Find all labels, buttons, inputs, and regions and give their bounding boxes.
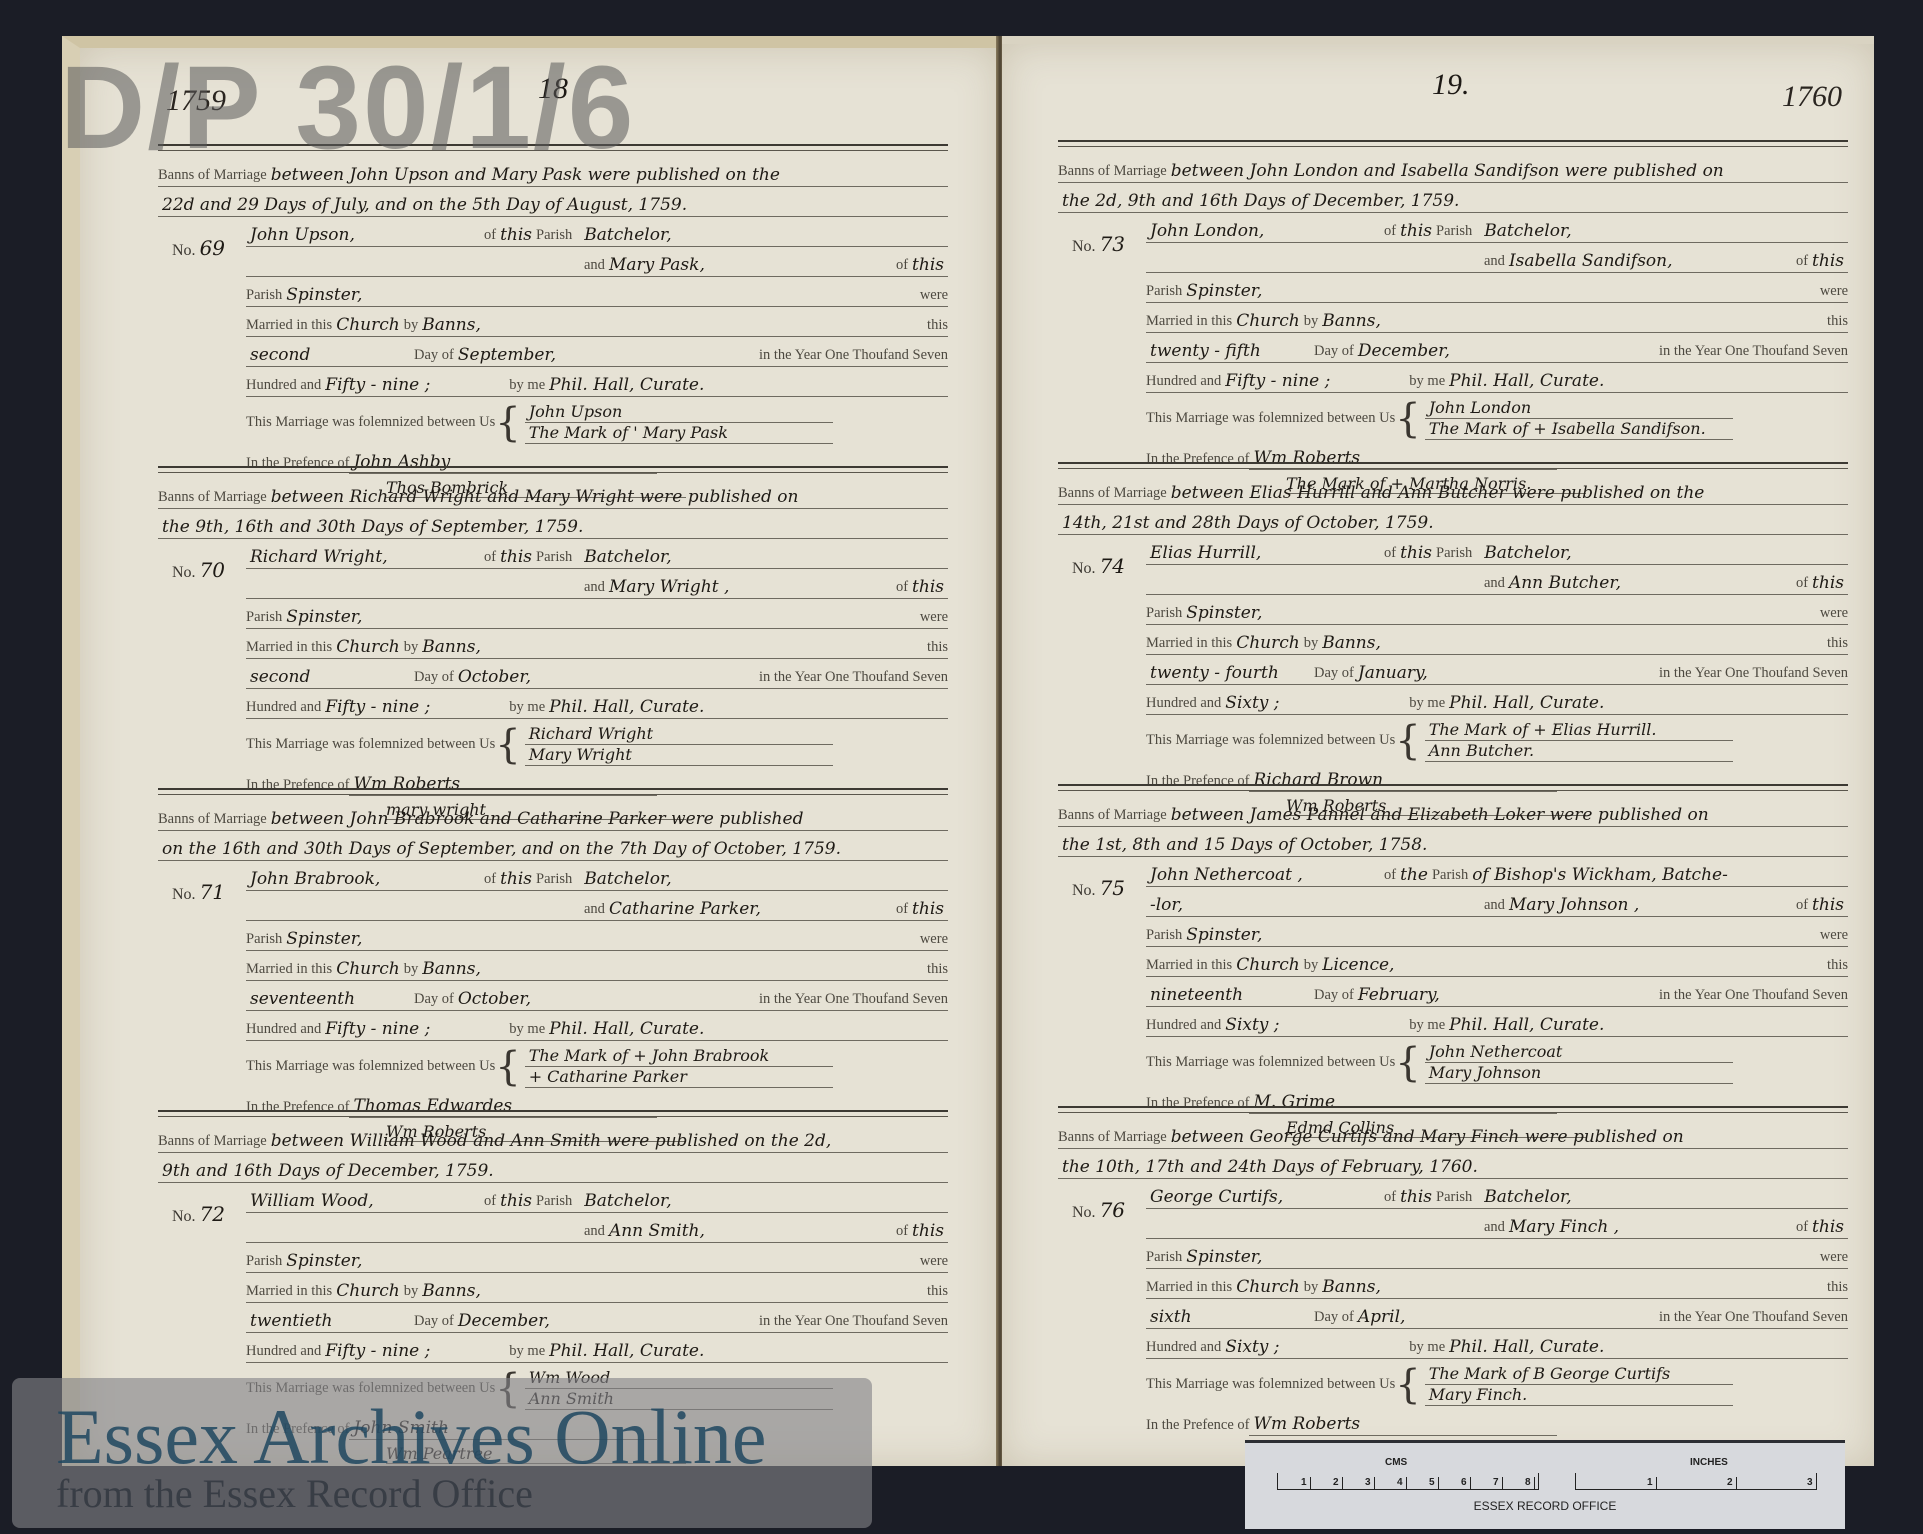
label-parish: Parish bbox=[536, 549, 572, 568]
entry-number: No.70 bbox=[172, 558, 229, 582]
entry-divider bbox=[1058, 784, 1848, 791]
marriage-by: Banns, bbox=[418, 1281, 485, 1302]
label-banns: Banns of Marriage bbox=[158, 167, 267, 186]
entry-number-value: 72 bbox=[196, 1202, 229, 1227]
label-of: of bbox=[1796, 897, 1808, 916]
marriage-day: sixth bbox=[1146, 1307, 1314, 1328]
label-this: this bbox=[927, 639, 948, 658]
groom-parish-extra bbox=[1472, 1207, 1480, 1208]
bride-status: Spinster, bbox=[282, 1251, 366, 1272]
entry-number-value: 76 bbox=[1096, 1198, 1129, 1223]
label-this: this bbox=[1827, 635, 1848, 654]
bride-name: Mary Wright , bbox=[605, 577, 733, 598]
marriage-month: October, bbox=[454, 667, 672, 688]
brace-icon: { bbox=[1395, 409, 1420, 429]
marriage-place: Church bbox=[1232, 1277, 1304, 1298]
label-by: by bbox=[1304, 313, 1319, 332]
page-number: 19. bbox=[1432, 68, 1470, 102]
signature: John London bbox=[1425, 398, 1733, 419]
scale-tick bbox=[1502, 1477, 1503, 1489]
entry-divider bbox=[158, 466, 948, 473]
label-banns: Banns of Marriage bbox=[1058, 485, 1167, 504]
marriage-day: twenty - fifth bbox=[1146, 341, 1314, 362]
label-parish: Parish bbox=[246, 931, 282, 950]
banns-text: between John Brabrook and Catharine Park… bbox=[267, 809, 808, 830]
groom-status: Batchelor, bbox=[580, 1191, 675, 1212]
label-solemnized: This Marriage was folemnized between Us bbox=[1146, 1376, 1395, 1395]
label-by-me: by me bbox=[1409, 373, 1445, 392]
brace-icon: { bbox=[1395, 731, 1420, 751]
marriage-place: Church bbox=[332, 637, 404, 658]
banns-text: between John Upson and Mary Pask were pu… bbox=[267, 165, 784, 186]
groom-name: Richard Wright, bbox=[246, 547, 484, 568]
label-parish: Parish bbox=[1436, 1189, 1472, 1208]
groom-name: John Brabrook, bbox=[246, 869, 484, 890]
label-parish: Parish bbox=[246, 287, 282, 306]
officiant: Phil. Hall, Curate. bbox=[1445, 1337, 1608, 1358]
marriage-year-words: Sixty ; bbox=[1221, 1337, 1409, 1358]
scale-tick-label: 7 bbox=[1493, 1477, 1499, 1488]
groom-parish: this bbox=[496, 225, 536, 246]
scale-tick-label: 4 bbox=[1397, 1477, 1403, 1488]
banns-dates: 14th, 21st and 28th Days of October, 175… bbox=[1058, 513, 1438, 534]
signatures: Richard Wright Mary Wright bbox=[525, 724, 833, 766]
officiant: Phil. Hall, Curate. bbox=[545, 697, 708, 718]
entry-number-value: 75 bbox=[1096, 876, 1129, 901]
marriage-day: twenty - fourth bbox=[1146, 663, 1314, 684]
banns-text: between William Wood and Ann Smith were … bbox=[267, 1131, 836, 1152]
label-parish: Parish bbox=[1436, 223, 1472, 242]
label-of: of bbox=[1796, 575, 1808, 594]
label-parish: Parish bbox=[246, 609, 282, 628]
marriage-day: nineteenth bbox=[1146, 985, 1314, 1006]
officiant: Phil. Hall, Curate. bbox=[545, 1019, 708, 1040]
label-married-in: Married in this bbox=[246, 1283, 332, 1302]
brace-icon: { bbox=[495, 735, 520, 755]
bride-parish: this bbox=[1808, 1217, 1848, 1238]
marriage-entry: Banns of Marriage between Elias Hurrill … bbox=[1058, 462, 1848, 792]
scale-tick bbox=[1656, 1477, 1657, 1489]
groom-parish: this bbox=[496, 547, 536, 568]
label-and: and bbox=[584, 901, 605, 920]
signature: The Mark of ' Mary Pask bbox=[525, 423, 833, 444]
label-day-of: Day of bbox=[414, 669, 454, 688]
label-solemnized: This Marriage was folemnized between Us bbox=[246, 414, 495, 433]
brace-icon: { bbox=[1395, 1375, 1420, 1395]
groom-status: Batchelor, bbox=[580, 869, 675, 890]
banns-text: between John London and Isabella Sandifs… bbox=[1167, 161, 1728, 182]
scale-tick-label: 3 bbox=[1365, 1477, 1371, 1488]
marriage-entry: Banns of Marriage between George Curtifs… bbox=[1058, 1106, 1848, 1436]
label-by-me: by me bbox=[509, 377, 545, 396]
bride-status: Spinster, bbox=[282, 607, 366, 628]
entry-number-value: 71 bbox=[196, 880, 229, 905]
banns-text: between Richard Wright and Mary Wright w… bbox=[267, 487, 803, 508]
label-of: of bbox=[1796, 253, 1808, 272]
groom-status-cont bbox=[1146, 271, 1484, 272]
scale-tick bbox=[1816, 1477, 1817, 1489]
groom-parish-extra bbox=[572, 889, 580, 890]
entry-number-value: 69 bbox=[196, 236, 229, 261]
label-and: and bbox=[1484, 1219, 1505, 1238]
label-and: and bbox=[1484, 253, 1505, 272]
entry-divider bbox=[158, 788, 948, 795]
banns-text: between James Pannel and Elizabeth Loker… bbox=[1167, 805, 1713, 826]
label-of: of bbox=[1384, 1189, 1396, 1208]
marriage-day: twentieth bbox=[246, 1311, 414, 1332]
label-and: and bbox=[1484, 897, 1505, 916]
label-married-in: Married in this bbox=[246, 317, 332, 336]
entry-divider bbox=[1058, 462, 1848, 469]
label-year: in the Year One Thoufand Seven bbox=[759, 991, 948, 1010]
label-banns: Banns of Marriage bbox=[1058, 807, 1167, 826]
label-married-in: Married in this bbox=[1146, 957, 1232, 976]
scale-tick bbox=[1342, 1477, 1343, 1489]
groom-parish: this bbox=[496, 869, 536, 890]
label-of: of bbox=[484, 549, 496, 568]
groom-status-cont bbox=[246, 275, 584, 276]
marriage-month: October, bbox=[454, 989, 672, 1010]
folio-year: 1760 bbox=[1782, 80, 1842, 114]
brace-icon: { bbox=[495, 413, 520, 433]
entry-number: No.71 bbox=[172, 880, 229, 904]
groom-status-cont bbox=[246, 597, 584, 598]
label-were: were bbox=[920, 931, 948, 950]
officiant: Phil. Hall, Curate. bbox=[1445, 1015, 1608, 1036]
label-solemnized: This Marriage was folemnized between Us bbox=[1146, 410, 1395, 429]
label-day-of: Day of bbox=[1314, 1309, 1354, 1328]
entry-divider bbox=[158, 1110, 948, 1117]
banns-dates: the 9th, 16th and 30th Days of September… bbox=[158, 517, 587, 538]
scale-tick bbox=[1374, 1477, 1375, 1489]
label-hundred-and: Hundred and bbox=[1146, 373, 1221, 392]
cms-label: CMS bbox=[1385, 1457, 1407, 1468]
officiant: Phil. Hall, Curate. bbox=[1445, 693, 1608, 714]
marriage-by: Licence, bbox=[1318, 955, 1398, 976]
label-solemnized: This Marriage was folemnized between Us bbox=[1146, 732, 1395, 751]
groom-status-cont bbox=[246, 1241, 584, 1242]
label-day-of: Day of bbox=[1314, 665, 1354, 684]
bride-name: Ann Butcher, bbox=[1505, 573, 1625, 594]
entry-divider bbox=[158, 144, 948, 151]
label-parish: Parish bbox=[1146, 283, 1182, 302]
scale-tick-label: 2 bbox=[1333, 1477, 1339, 1488]
label-were: were bbox=[1820, 927, 1848, 946]
label-banns: Banns of Marriage bbox=[1058, 1129, 1167, 1148]
brace-icon: { bbox=[495, 1057, 520, 1077]
label-of: of bbox=[484, 227, 496, 246]
label-hundred-and: Hundred and bbox=[246, 1021, 321, 1040]
entry-number: No.72 bbox=[172, 1202, 229, 1226]
scale-tick-label: 8 bbox=[1525, 1477, 1531, 1488]
right-page: 19. 1760 Banns of Marriage between John … bbox=[1002, 36, 1874, 1466]
bride-parish: this bbox=[908, 577, 948, 598]
label-day-of: Day of bbox=[1314, 987, 1354, 1006]
marriage-by: Banns, bbox=[418, 315, 485, 336]
label-and: and bbox=[1484, 575, 1505, 594]
marriage-year-words: Fifty - nine ; bbox=[321, 375, 509, 396]
label-of: of bbox=[896, 579, 908, 598]
label-of: of bbox=[896, 257, 908, 276]
entry-number: No.69 bbox=[172, 236, 229, 260]
scale-tick-label: 3 bbox=[1807, 1477, 1813, 1488]
entry-divider bbox=[1058, 140, 1848, 147]
label-were: were bbox=[920, 287, 948, 306]
groom-parish: this bbox=[1396, 221, 1436, 242]
entry-number-value: 74 bbox=[1096, 554, 1129, 579]
label-were: were bbox=[920, 1253, 948, 1272]
label-parish: Parish bbox=[1146, 605, 1182, 624]
groom-parish-extra bbox=[1472, 563, 1480, 564]
label-of: of bbox=[484, 1193, 496, 1212]
marriage-entry: Banns of Marriage between John London an… bbox=[1058, 140, 1848, 470]
brand-title: Essex Archives Online bbox=[56, 1392, 767, 1482]
label-day-of: Day of bbox=[414, 991, 454, 1010]
marriage-year-words: Fifty - nine ; bbox=[321, 1341, 509, 1362]
signature: Ann Butcher. bbox=[1425, 741, 1733, 762]
label-year: in the Year One Thoufand Seven bbox=[1659, 665, 1848, 684]
marriage-day: second bbox=[246, 667, 414, 688]
label-parish: Parish bbox=[246, 1253, 282, 1272]
scale-tick-label: 6 bbox=[1461, 1477, 1467, 1488]
groom-status: Batchelor, bbox=[580, 225, 675, 246]
scale-tick-label: 2 bbox=[1727, 1477, 1733, 1488]
bride-name: Isabella Sandifson, bbox=[1505, 251, 1677, 272]
label-banns: Banns of Marriage bbox=[158, 1133, 267, 1152]
label-were: were bbox=[1820, 283, 1848, 302]
bride-name: Mary Pask, bbox=[605, 255, 709, 276]
entry-number: No.76 bbox=[1072, 1198, 1129, 1222]
label-this: this bbox=[927, 317, 948, 336]
marriage-month: December, bbox=[454, 1311, 672, 1332]
groom-parish: this bbox=[1396, 543, 1436, 564]
groom-parish-extra: of Bishop's Wickham, Batche- bbox=[1468, 865, 1732, 886]
label-year: in the Year One Thoufand Seven bbox=[759, 1313, 948, 1332]
groom-parish-extra bbox=[1472, 241, 1480, 242]
label-of: of bbox=[484, 871, 496, 890]
label-this: this bbox=[1827, 957, 1848, 976]
marriage-month: December, bbox=[1354, 341, 1572, 362]
label-by: by bbox=[1304, 1279, 1319, 1298]
groom-name: George Curtifs, bbox=[1146, 1187, 1384, 1208]
signature: The Mark of + Isabella Sandifson. bbox=[1425, 419, 1733, 440]
scale-tick bbox=[1534, 1477, 1535, 1489]
marriage-entry: Banns of Marriage between Richard Wright… bbox=[158, 466, 948, 796]
label-married-in: Married in this bbox=[246, 639, 332, 658]
marriage-day: second bbox=[246, 345, 414, 366]
banns-dates: on the 16th and 30th Days of September, … bbox=[158, 839, 845, 860]
groom-parish: this bbox=[1396, 1187, 1436, 1208]
signature: Mary Finch. bbox=[1425, 1385, 1733, 1406]
label-hundred-and: Hundred and bbox=[246, 699, 321, 718]
label-year: in the Year One Thoufand Seven bbox=[1659, 343, 1848, 362]
bride-parish: this bbox=[908, 1221, 948, 1242]
left-page: 1759 18 Banns of Marriage between John U… bbox=[62, 36, 998, 1466]
label-banns: Banns of Marriage bbox=[158, 489, 267, 508]
label-by: by bbox=[404, 639, 419, 658]
label-banns: Banns of Marriage bbox=[158, 811, 267, 830]
marriage-place: Church bbox=[332, 315, 404, 336]
signature: John Nethercoat bbox=[1425, 1042, 1733, 1063]
bride-parish: this bbox=[1808, 573, 1848, 594]
banns-dates: 22d and 29 Days of July, and on the 5th … bbox=[158, 195, 691, 216]
label-year: in the Year One Thoufand Seven bbox=[1659, 1309, 1848, 1328]
groom-parish-extra bbox=[572, 567, 580, 568]
signature: The Mark of + Elias Hurrill. bbox=[1425, 720, 1733, 741]
label-were: were bbox=[1820, 605, 1848, 624]
label-married-in: Married in this bbox=[1146, 1279, 1232, 1298]
label-solemnized: This Marriage was folemnized between Us bbox=[246, 736, 495, 755]
marriage-month: January, bbox=[1354, 663, 1572, 684]
marriage-year-words: Sixty ; bbox=[1221, 1015, 1409, 1036]
groom-parish: this bbox=[496, 1191, 536, 1212]
groom-status: Batchelor, bbox=[1480, 1187, 1575, 1208]
label-by-me: by me bbox=[509, 1021, 545, 1040]
label-by: by bbox=[404, 1283, 419, 1302]
entry-number: No.75 bbox=[1072, 876, 1129, 900]
marriage-year-words: Fifty - nine ; bbox=[321, 1019, 509, 1040]
groom-status-cont bbox=[1146, 593, 1484, 594]
bride-status: Spinster, bbox=[1182, 603, 1266, 624]
label-were: were bbox=[920, 609, 948, 628]
label-year: in the Year One Thoufand Seven bbox=[759, 347, 948, 366]
groom-parish: the bbox=[1396, 865, 1432, 886]
label-year: in the Year One Thoufand Seven bbox=[759, 669, 948, 688]
scale-tick bbox=[1736, 1477, 1737, 1489]
label-this: this bbox=[1827, 1279, 1848, 1298]
groom-status: Batchelor, bbox=[580, 547, 675, 568]
groom-parish-extra bbox=[572, 245, 580, 246]
marriage-place: Church bbox=[1232, 955, 1304, 976]
page-number: 18 bbox=[538, 72, 568, 106]
signatures: The Mark of + Elias Hurrill. Ann Butcher… bbox=[1425, 720, 1733, 762]
cm-scale: 12345678 bbox=[1277, 1473, 1539, 1490]
brace-icon: { bbox=[1395, 1053, 1420, 1073]
signature: The Mark of + John Brabrook bbox=[525, 1046, 833, 1067]
banns-dates: 9th and 16th Days of December, 1759. bbox=[158, 1161, 498, 1182]
inch-scale: 123 bbox=[1575, 1473, 1817, 1490]
groom-name: William Wood, bbox=[246, 1191, 484, 1212]
label-married-in: Married in this bbox=[1146, 313, 1232, 332]
signature: + Catharine Parker bbox=[525, 1067, 833, 1088]
label-parish: Parish bbox=[1436, 545, 1472, 564]
label-parish: Parish bbox=[1432, 867, 1468, 886]
bride-parish: this bbox=[908, 899, 948, 920]
marriage-by: Banns, bbox=[418, 959, 485, 980]
banns-dates: the 10th, 17th and 24th Days of February… bbox=[1058, 1157, 1482, 1178]
label-this: this bbox=[1827, 313, 1848, 332]
bride-parish: this bbox=[1808, 251, 1848, 272]
scale-tick-label: 1 bbox=[1647, 1477, 1653, 1488]
label-day-of: Day of bbox=[414, 1313, 454, 1332]
banns-dates: the 1st, 8th and 15 Days of October, 175… bbox=[1058, 835, 1431, 856]
entry-number: No.74 bbox=[1072, 554, 1129, 578]
marriage-year-words: Fifty - nine ; bbox=[1221, 371, 1409, 392]
label-of: of bbox=[1384, 545, 1396, 564]
label-year: in the Year One Thoufand Seven bbox=[1659, 987, 1848, 1006]
marriage-place: Church bbox=[1232, 311, 1304, 332]
groom-name: John London, bbox=[1146, 221, 1384, 242]
signature: Richard Wright bbox=[525, 724, 833, 745]
signatures: The Mark of B George Curtifs Mary Finch. bbox=[1425, 1364, 1733, 1406]
label-hundred-and: Hundred and bbox=[1146, 695, 1221, 714]
marriage-year-words: Sixty ; bbox=[1221, 693, 1409, 714]
label-by: by bbox=[1304, 635, 1319, 654]
label-this: this bbox=[927, 961, 948, 980]
label-by: by bbox=[404, 961, 419, 980]
groom-status-cont bbox=[1146, 1237, 1484, 1238]
label-solemnized: This Marriage was folemnized between Us bbox=[246, 1058, 495, 1077]
signatures: John London The Mark of + Isabella Sandi… bbox=[1425, 398, 1733, 440]
signature: Mary Johnson bbox=[1425, 1063, 1733, 1084]
label-of: of bbox=[1384, 867, 1396, 886]
signature: John Upson bbox=[525, 402, 833, 423]
officiant: Phil. Hall, Curate. bbox=[545, 375, 708, 396]
label-parish: Parish bbox=[536, 1193, 572, 1212]
scale-tick bbox=[1438, 1477, 1439, 1489]
label-were: were bbox=[1820, 1249, 1848, 1268]
label-and: and bbox=[584, 579, 605, 598]
groom-name: Elias Hurrill, bbox=[1146, 543, 1384, 564]
marriage-month: April, bbox=[1354, 1307, 1572, 1328]
groom-status: Batchelor, bbox=[1480, 543, 1575, 564]
scale-organisation: ESSEX RECORD OFFICE bbox=[1245, 1499, 1845, 1513]
entry-number-value: 73 bbox=[1096, 232, 1129, 257]
scale-tick bbox=[1406, 1477, 1407, 1489]
groom-name: John Nethercoat , bbox=[1146, 865, 1384, 886]
label-parish: Parish bbox=[536, 227, 572, 246]
label-hundred-and: Hundred and bbox=[1146, 1339, 1221, 1358]
marriage-entry: Banns of Marriage between John Upson and… bbox=[158, 144, 948, 474]
marriage-entry: Banns of Marriage between James Pannel a… bbox=[1058, 784, 1848, 1114]
label-by: by bbox=[1304, 957, 1319, 976]
entry-number-value: 70 bbox=[196, 558, 229, 583]
label-hundred-and: Hundred and bbox=[246, 1343, 321, 1362]
groom-status-cont: -lor, bbox=[1146, 895, 1484, 916]
measurement-scale-bar: CMS 12345678 INCHES 123 ESSEX RECORD OFF… bbox=[1245, 1440, 1845, 1529]
bride-name: Mary Finch , bbox=[1505, 1217, 1623, 1238]
bride-name: Catharine Parker, bbox=[605, 899, 765, 920]
bride-name: Ann Smith, bbox=[605, 1221, 709, 1242]
groom-status bbox=[1732, 885, 1740, 886]
scale-tick bbox=[1470, 1477, 1471, 1489]
bride-name: Mary Johnson , bbox=[1505, 895, 1643, 916]
label-married-in: Married in this bbox=[246, 961, 332, 980]
label-parish: Parish bbox=[1146, 927, 1182, 946]
label-of: of bbox=[1384, 223, 1396, 242]
label-by-me: by me bbox=[509, 699, 545, 718]
label-of: of bbox=[896, 1223, 908, 1242]
bride-status: Spinster, bbox=[1182, 925, 1266, 946]
label-day-of: Day of bbox=[1314, 343, 1354, 362]
label-of: of bbox=[1796, 1219, 1808, 1238]
bride-parish: this bbox=[908, 255, 948, 276]
label-this: this bbox=[927, 1283, 948, 1302]
marriage-entry: Banns of Marriage between John Brabrook … bbox=[158, 788, 948, 1118]
label-banns: Banns of Marriage bbox=[1058, 163, 1167, 182]
bride-parish: this bbox=[1808, 895, 1848, 916]
label-day-of: Day of bbox=[414, 347, 454, 366]
bride-status: Spinster, bbox=[282, 929, 366, 950]
banns-dates: the 2d, 9th and 16th Days of December, 1… bbox=[1058, 191, 1463, 212]
label-and: and bbox=[584, 257, 605, 276]
marriage-month: September, bbox=[454, 345, 672, 366]
inches-label: INCHES bbox=[1690, 1457, 1728, 1468]
marriage-place: Church bbox=[332, 1281, 404, 1302]
marriage-day: seventeenth bbox=[246, 989, 414, 1010]
officiant: Phil. Hall, Curate. bbox=[1445, 371, 1608, 392]
groom-status: Batchelor, bbox=[1480, 221, 1575, 242]
